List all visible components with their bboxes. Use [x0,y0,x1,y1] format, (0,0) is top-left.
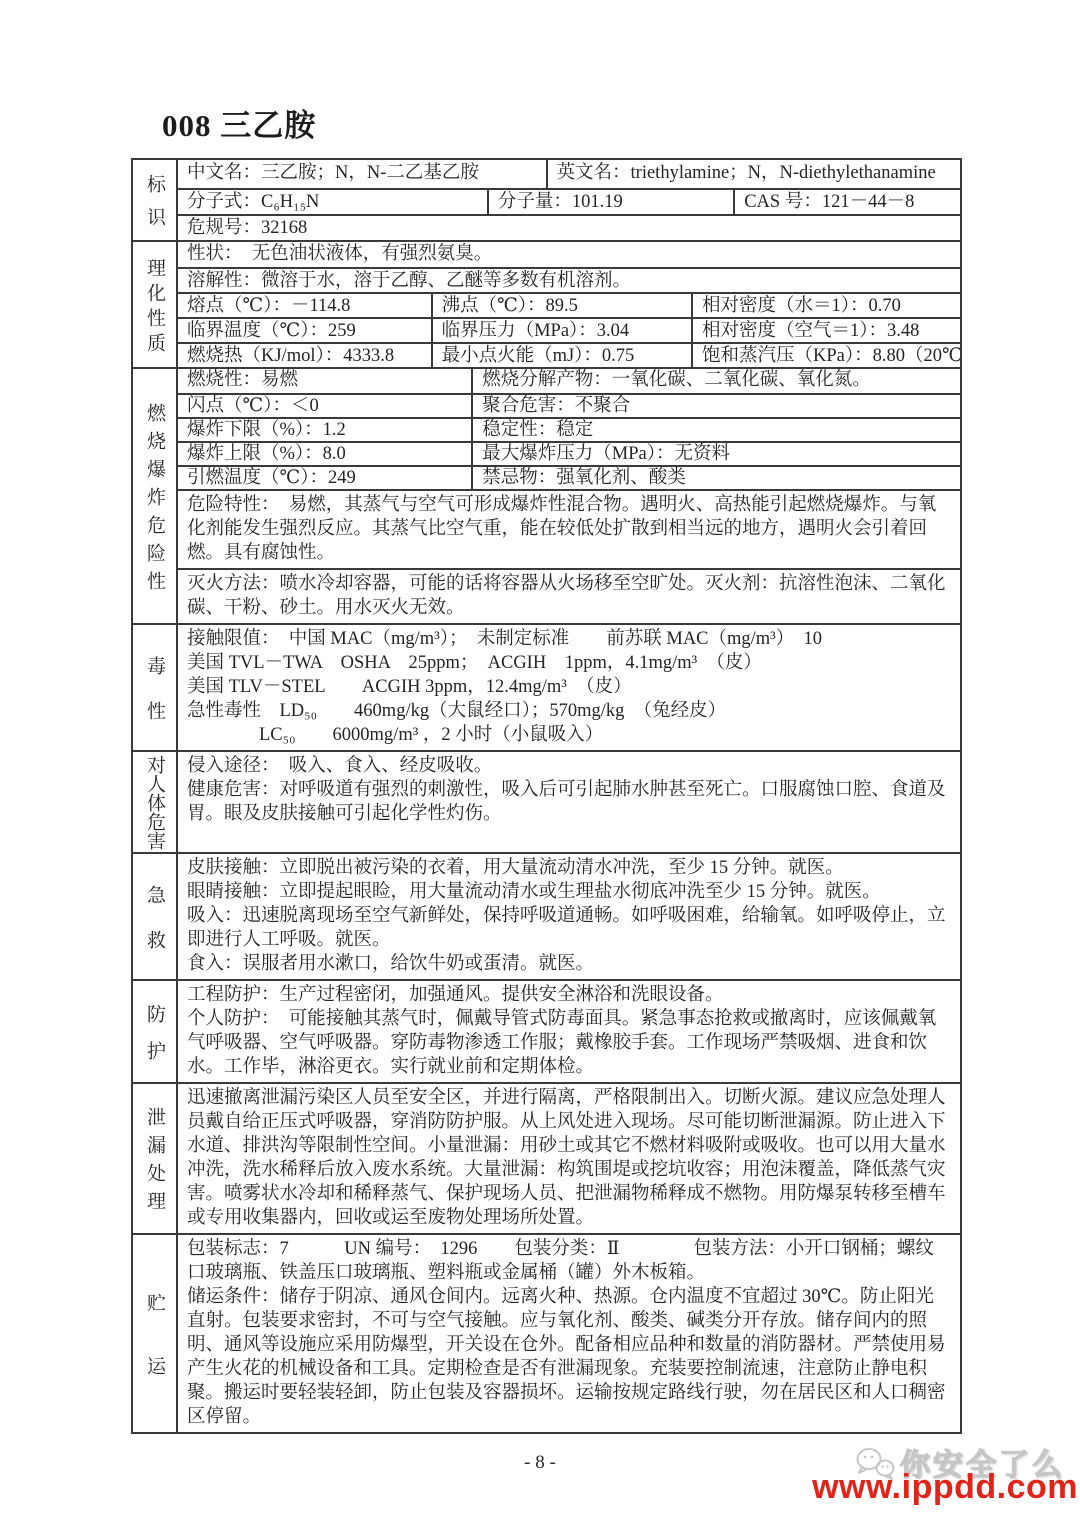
critical-temperature-cell: 临界温度（℃）：259 [178,319,431,342]
msds-table: 标识 中文名：三乙胺；N，N-二乙基乙胺 英文名：triethylamine；N… [131,158,962,1434]
flash-point-cell: 闪点（℃）：＜0 [178,395,471,417]
protection-cell: 工程防护：生产过程密闭，加强通风。提供安全淋浴和洗眼设备。 个人防护： 可能接触… [178,981,960,1082]
table-row: 引燃温度（℃）：249 禁忌物：强氧化剂、酸类 [178,465,960,489]
min-ignition-energy-cell: 最小点火能（mJ）：0.75 [431,344,691,367]
section-label-fire-explosion: 燃烧爆炸危险性 [145,403,164,599]
cas-number-cell: CAS 号：121－44－8 [733,190,960,214]
relative-density-water-cell: 相对密度（水＝1）：0.70 [691,294,960,317]
boiling-point-cell: 沸点（℃）：89.5 [431,294,691,317]
molecular-weight-cell: 分子量：101.19 [487,190,733,214]
health-effects-line: 健康危害：对呼吸道有强烈的刺激性，吸入后可引起肺水肿甚至死亡。口服腐蚀口腔、食道… [187,778,951,826]
table-row: 爆炸下限（%）：1.2 稳定性：稳定 [178,417,960,441]
table-row: 爆炸上限（%）：8.0 最大爆炸压力（MPa）：无资料 [178,441,960,465]
table-row: 危规号：32168 [178,214,960,240]
first-aid-cell: 皮肤接触：立即脱出被污染的衣着，用大量流动清水冲洗，至少 15 分钟。就医。 眼… [178,854,960,979]
table-row: 危险特性： 易燃，其蒸气与空气可形成爆炸性混合物。遇明火、高热能引起燃烧爆炸。与… [178,489,960,568]
leak-handling-cell: 迅速撤离泄漏污染区人员至安全区，并进行隔离，严格限制出入。切断火源。建议应急处理… [178,1084,960,1233]
table-row: 闪点（℃）：＜0 聚合危害：不聚合 [178,393,960,417]
watermark-url: www.ippdd.com [812,1468,1078,1507]
personal-protection-line: 个人防护： 可能接触其蒸气时，佩戴导管式防毒面具。紧急事态抢救或撤离时，应该佩戴… [187,1007,951,1079]
invasion-routes-line: 侵入途径： 吸入、食入、经皮吸收。 [187,754,951,778]
section-label-protection: 防护 [145,1004,164,1078]
flammability-cell: 燃烧性：易燃 [178,369,471,393]
incompatibles-cell: 禁忌物：强氧化剂、酸类 [471,467,960,489]
section-physical-properties: 理化性质 性状： 无色油状液体，有强烈氨臭。 溶解性：微溶于水，溶于乙醇、乙醚等… [133,240,960,367]
table-row: 燃烧性：易燃 燃烧分解产物：一氧化碳、二氧化碳、氧化氮。 [178,369,960,393]
table-row: 燃烧热（KJ/mol）：4333.8 最小点火能（mJ）：0.75 饱和蒸汽压（… [178,342,960,367]
engineering-protection-line: 工程防护：生产过程密闭，加强通风。提供安全淋浴和洗眼设备。 [187,983,951,1007]
inhalation-line: 吸入：迅速脱离现场至空气新鲜处，保持呼吸道通畅。如呼吸困难，给输氧。如呼吸停止，… [187,904,951,952]
section-label-cell: 泄漏处理 [133,1084,178,1233]
molecular-formula-cell: 分子式：C₆H₁₅N [178,190,487,214]
section-protection: 防护 工程防护：生产过程密闭，加强通风。提供安全淋浴和洗眼设备。 个人防护： 可… [133,979,960,1082]
table-row: 临界温度（℃）：259 临界压力（MPa）：3.04 相对密度（空气＝1）：3.… [178,317,960,342]
appearance-cell: 性状： 无色油状液体，有强烈氨臭。 [178,242,960,267]
chinese-name-cell: 中文名：三乙胺；N，N-二乙基乙胺 [178,160,546,188]
watermark: 你安全了么 www.ippdd.com [828,1428,1080,1524]
table-row: 性状： 无色油状液体，有强烈氨臭。 [178,242,960,267]
exposure-limit-line: 接触限值： 中国 MAC（mg/m³）； 未制定标准 前苏联 MAC（mg/m³… [187,627,951,651]
fire-extinguishing-cell: 灭火方法：喷水冷却容器，可能的话将容器从火场移至空旷处。灭火剂：抗溶性泡沫、二氧… [178,570,960,623]
saturated-vapor-pressure-cell: 饱和蒸汽压（KPa）：8.80（20℃） [691,344,960,367]
critical-pressure-cell: 临界压力（MPa）：3.04 [431,319,691,342]
section-fire-explosion: 燃烧爆炸危险性 燃烧性：易燃 燃烧分解产物：一氧化碳、二氧化碳、氧化氮。 闪点（… [133,367,960,623]
us-twa-line: 美国 TVL－TWA OSHA 25ppm； ACGIH 1ppm，4.1mg/… [187,651,951,675]
table-row: 侵入途径： 吸入、食入、经皮吸收。 健康危害：对呼吸道有强烈的刺激性，吸入后可引… [178,752,960,852]
section-first-aid: 急救 皮肤接触：立即脱出被污染的衣着，用大量流动清水冲洗，至少 15 分钟。就医… [133,852,960,979]
english-name-cell: 英文名：triethylamine；N，N-diethylethanamine [546,160,960,188]
melting-point-cell: 熔点（℃）：－114.8 [178,294,431,317]
section-label-cell: 标识 [133,160,178,240]
ignition-temperature-cell: 引燃温度（℃）：249 [178,467,471,489]
health-hazard-cell: 侵入途径： 吸入、食入、经皮吸收。 健康危害：对呼吸道有强烈的刺激性，吸入后可引… [178,752,960,852]
section-label-leak-handling: 泄漏处理 [145,1107,164,1219]
dangerous-goods-code-cell: 危规号：32168 [178,216,960,240]
relative-density-air-cell: 相对密度（空气＝1）：3.48 [691,319,960,342]
polymerization-hazard-cell: 聚合危害：不聚合 [471,395,960,417]
section-label-toxicity: 毒性 [145,656,164,746]
hazard-characteristics-cell: 危险特性： 易燃，其蒸气与空气可形成爆炸性混合物。遇明火、高热能引起燃烧爆炸。与… [178,491,960,568]
section-label-cell: 理化性质 [133,242,178,367]
table-row: 熔点（℃）：－114.8 沸点（℃）：89.5 相对密度（水＝1）：0.70 [178,292,960,317]
table-row: 包装标志：7 UN 编号： 1296 包装分类：Ⅱ 包装方法：小开口钢桶；螺纹口… [178,1235,960,1432]
acute-toxicity-lc50-line: LC₅₀ 6000mg/m³ ，2 小时（小鼠吸入） [187,723,951,747]
section-leak-handling: 泄漏处理 迅速撤离泄漏污染区人员至安全区，并进行隔离，严格限制出入。切断火源。建… [133,1082,960,1233]
page-title: 008 三乙胺 [162,100,316,145]
skin-contact-line: 皮肤接触：立即脱出被污染的衣着，用大量流动清水冲洗，至少 15 分钟。就医。 [187,856,951,880]
section-label-storage-transport: 贮运 [145,1293,164,1419]
section-label-cell: 对人体危害 [133,752,178,852]
acute-toxicity-ld50-line: 急性毒性 LD₅₀ 460mg/kg（大鼠经口）；570mg/kg （兔经皮） [187,699,951,723]
us-stel-line: 美国 TLV－STEL ACGIH 3ppm，12.4mg/m³ （皮） [187,675,951,699]
section-toxicity: 毒性 接触限值： 中国 MAC（mg/m³）； 未制定标准 前苏联 MAC（mg… [133,623,960,750]
packaging-line: 包装标志：7 UN 编号： 1296 包装分类：Ⅱ 包装方法：小开口钢桶；螺纹口… [187,1237,951,1285]
toxicity-cell: 接触限值： 中国 MAC（mg/m³）； 未制定标准 前苏联 MAC（mg/m³… [178,625,960,750]
section-label-cell: 贮运 [133,1235,178,1432]
section-label-cell: 急救 [133,854,178,979]
solubility-cell: 溶解性：微溶于水，溶于乙醇、乙醚等多数有机溶剂。 [178,269,960,292]
table-row: 接触限值： 中国 MAC（mg/m³）； 未制定标准 前苏联 MAC（mg/m³… [178,625,960,750]
max-explosion-pressure-cell: 最大爆炸压力（MPa）：无资料 [471,443,960,465]
section-label-cell: 燃烧爆炸危险性 [133,369,178,623]
table-row: 溶解性：微溶于水，溶于乙醇、乙醚等多数有机溶剂。 [178,267,960,292]
section-storage-transport: 贮运 包装标志：7 UN 编号： 1296 包装分类：Ⅱ 包装方法：小开口钢桶；… [133,1233,960,1432]
eye-contact-line: 眼睛接触：立即提起眼睑，用大量流动清水或生理盐水彻底冲洗至少 15 分钟。就医。 [187,880,951,904]
section-identification: 标识 中文名：三乙胺；N，N-二乙基乙胺 英文名：triethylamine；N… [133,160,960,240]
storage-transport-cell: 包装标志：7 UN 编号： 1296 包装分类：Ⅱ 包装方法：小开口钢桶；螺纹口… [178,1235,960,1432]
section-label-first-aid: 急救 [145,885,164,975]
explosion-upper-limit-cell: 爆炸上限（%）：8.0 [178,443,471,465]
table-row: 分子式：C₆H₁₅N 分子量：101.19 CAS 号：121－44－8 [178,188,960,214]
ingestion-line: 食入：误服者用水漱口，给饮牛奶或蛋清。就医。 [187,952,951,976]
storage-conditions-line: 储运条件：储存于阴凉、通风仓间内。远离火种、热源。仓内温度不宜超过 30℃。防止… [187,1285,951,1429]
section-health-hazard: 对人体危害 侵入途径： 吸入、食入、经皮吸收。 健康危害：对呼吸道有强烈的刺激性… [133,750,960,852]
table-row: 工程防护：生产过程密闭，加强通风。提供安全淋浴和洗眼设备。 个人防护： 可能接触… [178,981,960,1082]
decomposition-products-cell: 燃烧分解产物：一氧化碳、二氧化碳、氧化氮。 [471,369,960,393]
table-row: 灭火方法：喷水冷却容器，可能的话将容器从火场移至空旷处。灭火剂：抗溶性泡沫、二氧… [178,568,960,623]
section-label-physical: 理化性质 [145,258,164,358]
explosion-lower-limit-cell: 爆炸下限（%）：1.2 [178,419,471,441]
combustion-heat-cell: 燃烧热（KJ/mol）：4333.8 [178,344,431,367]
section-label-cell: 毒性 [133,625,178,750]
section-label-identification: 标识 [145,174,164,240]
section-label-cell: 防护 [133,981,178,1082]
stability-cell: 稳定性：稳定 [471,419,960,441]
table-row: 皮肤接触：立即脱出被污染的衣着，用大量流动清水冲洗，至少 15 分钟。就医。 眼… [178,854,960,979]
section-label-health-hazard: 对人体危害 [145,755,164,850]
table-row: 中文名：三乙胺；N，N-二乙基乙胺 英文名：triethylamine；N，N-… [178,160,960,188]
table-row: 迅速撤离泄漏污染区人员至安全区，并进行隔离，严格限制出入。切断火源。建议应急处理… [178,1084,960,1233]
